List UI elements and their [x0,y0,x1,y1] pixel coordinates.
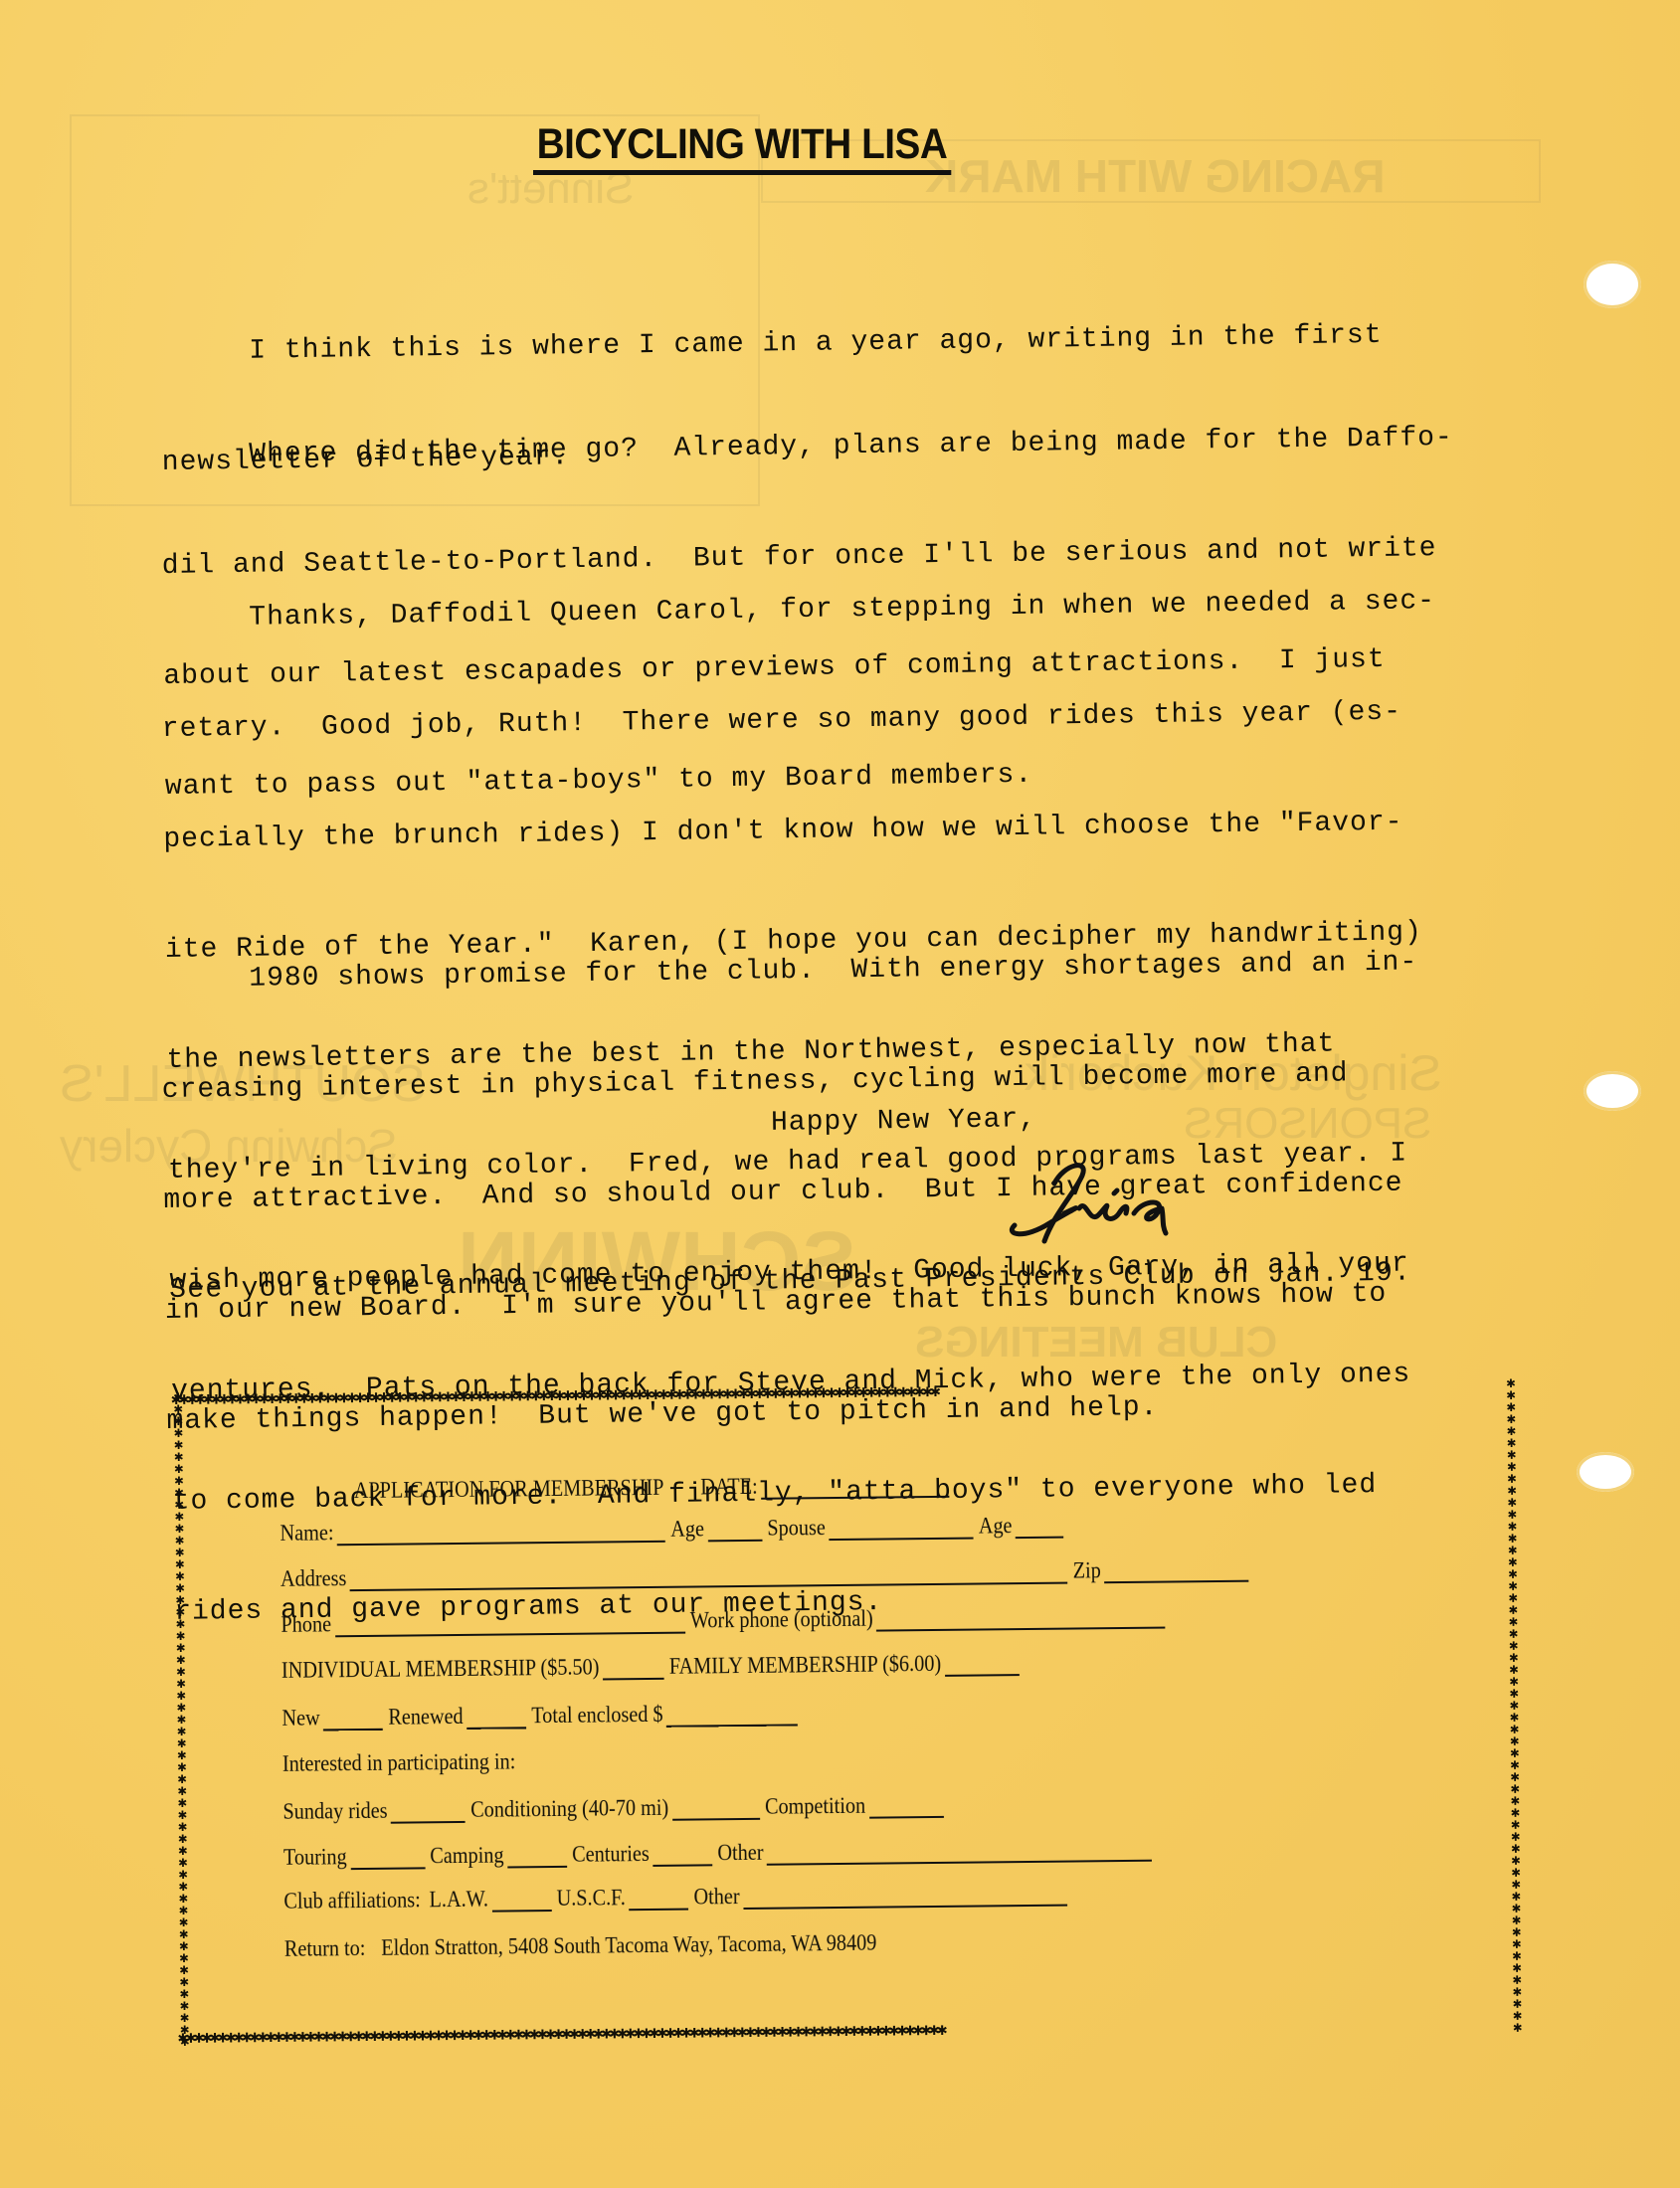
competition-label: Competition [765,1793,865,1820]
age-label: Age [670,1516,704,1542]
punch-hole [1577,1452,1634,1492]
work-phone-label: Work phone (optional) [690,1606,873,1634]
camping-field[interactable] [507,1844,567,1869]
uscf-label: U.S.C.F. [556,1885,626,1912]
letter-line: Where did the time go? Already, plans ar… [160,418,1573,474]
signature: Lisa [995,1154,1194,1263]
zip-field[interactable] [1104,1558,1248,1584]
closing-salutation: Happy New Year, [771,1104,1036,1139]
phone-label: Phone [280,1611,331,1638]
spouse-age-label: Age [979,1513,1013,1539]
new-field[interactable] [323,1707,383,1732]
form-heading: APPLICATION FOR MEMBERSHIP [354,1475,664,1504]
touring-field[interactable] [350,1845,425,1870]
individual-membership-label: INDIVIDUAL MEMBERSHIP ($5.50) [281,1655,600,1684]
touring-label: Touring [283,1844,347,1871]
family-membership-field[interactable] [945,1652,1020,1677]
zip-label: Zip [1073,1557,1101,1583]
newsletter-page: RACING WITH MARK Sinnett's SOUTHWELL'S S… [0,0,1680,2188]
form-fields: APPLICATION FOR MEMBERSHIP DATE: Name: A… [279,1408,1352,1419]
age-field[interactable] [707,1518,762,1543]
address-field[interactable] [350,1560,1068,1592]
phone-field[interactable] [334,1610,684,1638]
page-title: BICYCLING WITH LISA [533,121,951,175]
new-label: New [281,1705,319,1731]
individual-membership-field[interactable] [603,1656,664,1681]
return-to-label: Return to: [284,1935,366,1962]
sunday-rides-field[interactable] [391,1799,466,1824]
competition-field[interactable] [869,1794,944,1819]
affiliation-other-field[interactable] [743,1883,1067,1910]
centuries-label: Centuries [572,1841,650,1868]
interested-label: Interested in participating in: [282,1748,516,1776]
letter-line: more attractive. And so should our club.… [163,1163,1576,1219]
name-label: Name: [280,1520,333,1547]
letter-line: 1980 shows promise for the club. With en… [160,942,1573,999]
date-label: DATE: [700,1474,758,1501]
affiliation-other-label: Other [693,1884,739,1910]
bleed-through-text: RACING WITH MARK [925,149,1386,203]
sunday-rides-label: Sunday rides [282,1798,387,1825]
return-address: Eldon Stratton, 5408 South Tacoma Way, T… [381,1930,876,1961]
letter-line: creasing interest in physical fitness, c… [162,1052,1575,1109]
punch-hole [1584,261,1641,308]
spouse-age-field[interactable] [1016,1515,1064,1540]
total-enclosed-label: Total enclosed $ [531,1702,663,1729]
work-phone-field[interactable] [876,1605,1166,1632]
conditioning-label: Conditioning (40-70 mi) [470,1795,668,1823]
conditioning-field[interactable] [672,1796,760,1821]
membership-application-form: ✱✱✱✱✱✱✱✱✱✱✱✱✱✱✱✱✱✱✱✱✱✱✱✱✱✱✱✱✱✱✱✱✱✱✱✱✱✱✱✱… [171,1376,1525,2047]
law-field[interactable] [491,1888,551,1913]
other-interest-field[interactable] [767,1838,1152,1866]
letter-line: pecially the brunch rides) I don't know … [163,802,1576,858]
letter-line: retary. Good job, Ruth! There were so ma… [162,691,1575,748]
law-label: L.A.W. [429,1887,488,1914]
star-border-left: ✱✱✱✱✱✱✱✱✱✱✱✱✱✱✱✱✱✱✱✱✱✱✱✱✱✱✱✱✱✱✱✱✱✱✱✱✱✱✱✱… [171,1390,192,2047]
total-enclosed-field[interactable] [666,1702,798,1727]
renewed-field[interactable] [467,1705,526,1730]
camping-label: Camping [430,1843,503,1870]
star-border-bottom: ✱✱✱✱✱✱✱✱✱✱✱✱✱✱✱✱✱✱✱✱✱✱✱✱✱✱✱✱✱✱✱✱✱✱✱✱✱✱✱✱… [178,2015,1525,2047]
address-label: Address [280,1565,347,1592]
letter-line: Thanks, Daffodil Queen Carol, for steppi… [160,581,1573,638]
centuries-field[interactable] [653,1842,712,1867]
uscf-field[interactable] [629,1887,688,1912]
affiliations-label: Club affiliations: [283,1887,421,1914]
punch-hole [1584,1071,1641,1111]
spouse-label: Spouse [767,1515,826,1542]
other-interest-label: Other [717,1840,763,1866]
renewed-label: Renewed [388,1704,464,1731]
spouse-field[interactable] [829,1516,973,1542]
family-membership-label: FAMILY MEMBERSHIP ($6.00) [669,1651,942,1680]
name-field[interactable] [337,1519,665,1546]
date-field[interactable] [761,1474,949,1500]
